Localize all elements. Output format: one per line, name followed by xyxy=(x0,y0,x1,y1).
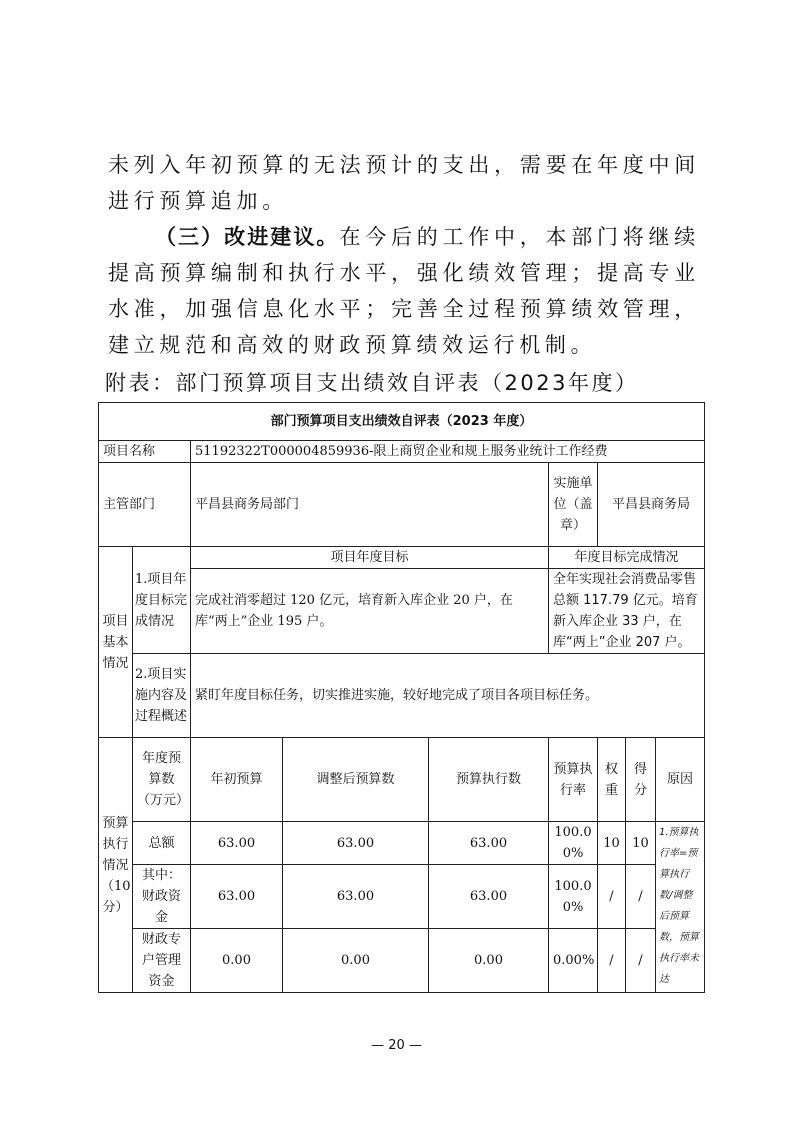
row-executed: 63.00 xyxy=(429,822,549,865)
header-rate: 预算执行率 xyxy=(549,738,598,822)
row-adjusted: 0.00 xyxy=(283,929,429,993)
row-rate: 100.00% xyxy=(549,822,598,865)
goal-text: 完成社消零超过 120 亿元，培育新入库企业 20 户，在库“两上”企业 195… xyxy=(191,569,549,654)
basic-info-label: 项目基本情况 xyxy=(99,547,133,738)
dept-value: 平昌县商务局部门 xyxy=(191,463,549,547)
header-item: 年度预算数（万元） xyxy=(133,738,191,822)
row-executed: 0.00 xyxy=(429,929,549,993)
row-score: 10 xyxy=(626,822,656,865)
project-name-value: 51192322T000004859936-限上商贸企业和规上服务业统计工作经费 xyxy=(191,441,705,463)
header-reason: 原因 xyxy=(656,738,705,822)
body-text: 未列入年初预算的无法预计的支出，需要在年度中间进行预算追加。 （三）改进建议。在… xyxy=(108,147,700,363)
row-score: / xyxy=(626,929,656,993)
impl-row-label: 2.项目实施内容及过程概述 xyxy=(133,654,191,738)
impl-unit-value: 平昌县商务局 xyxy=(598,463,705,547)
row-executed: 63.00 xyxy=(429,865,549,929)
row-initial: 0.00 xyxy=(191,929,283,993)
goal-row-label: 1.项目年度目标完成情况 xyxy=(133,547,191,654)
page-number: — 20 — xyxy=(0,1038,793,1053)
impl-unit-label: 实施单位（盖章） xyxy=(549,463,598,547)
header-weight: 权重 xyxy=(598,738,626,822)
impl-text: 紧盯年度目标任务，切实推进实施，较好地完成了项目各项目标任务。 xyxy=(191,654,705,738)
row-rate: 0.00% xyxy=(549,929,598,993)
row-adjusted: 63.00 xyxy=(283,865,429,929)
table-title: 部门预算项目支出绩效自评表（2023 年度） xyxy=(99,403,705,441)
paragraph-budget-supplement: 未列入年初预算的无法预计的支出，需要在年度中间进行预算追加。 xyxy=(108,147,700,219)
paragraph-improvement: （三）改进建议。在今后的工作中，本部门将继续提高预算编制和执行水平，强化绩效管理… xyxy=(108,219,700,363)
header-adjusted: 调整后预算数 xyxy=(283,738,429,822)
table-row: 财政专户管理资金 0.00 0.00 0.00 0.00% / / xyxy=(99,929,705,993)
row-initial: 63.00 xyxy=(191,865,283,929)
table-row: 总额 63.00 63.00 63.00 100.00% 10 10 1.预算执… xyxy=(99,822,705,865)
header-initial: 年初预算 xyxy=(191,738,283,822)
row-item: 财政专户管理资金 xyxy=(133,929,191,993)
budget-section-label: 预算执行情况（10分） xyxy=(99,738,133,993)
project-name-label: 项目名称 xyxy=(99,441,191,463)
row-item: 其中：财政资金 xyxy=(133,865,191,929)
row-item: 总额 xyxy=(133,822,191,865)
row-score: / xyxy=(626,865,656,929)
row-adjusted: 63.00 xyxy=(283,822,429,865)
table-row: 其中：财政资金 63.00 63.00 63.00 100.00% / / xyxy=(99,865,705,929)
row-rate: 100.00% xyxy=(549,865,598,929)
completion-header: 年度目标完成情况 xyxy=(549,547,705,569)
goal-header: 项目年度目标 xyxy=(191,547,549,569)
row-weight: / xyxy=(598,865,626,929)
dept-label: 主管部门 xyxy=(99,463,191,547)
row-weight: / xyxy=(598,929,626,993)
header-executed: 预算执行数 xyxy=(429,738,549,822)
row-initial: 63.00 xyxy=(191,822,283,865)
completion-text: 全年实现社会消费品零售总额 117.79 亿元。培育新入库企业 33 户，在库“… xyxy=(549,569,705,654)
performance-evaluation-table: 部门预算项目支出绩效自评表（2023 年度） 项目名称 51192322T000… xyxy=(98,402,705,993)
header-score: 得分 xyxy=(626,738,656,822)
appendix-caption: 附表：部门预算项目支出绩效自评表（2023年度） xyxy=(105,366,638,400)
section-heading-improvement: （三）改进建议。 xyxy=(155,225,339,249)
reason-text: 1.预算执行率=预算执行数/调整后预算数，预算执行率未达 xyxy=(656,822,705,993)
row-weight: 10 xyxy=(598,822,626,865)
